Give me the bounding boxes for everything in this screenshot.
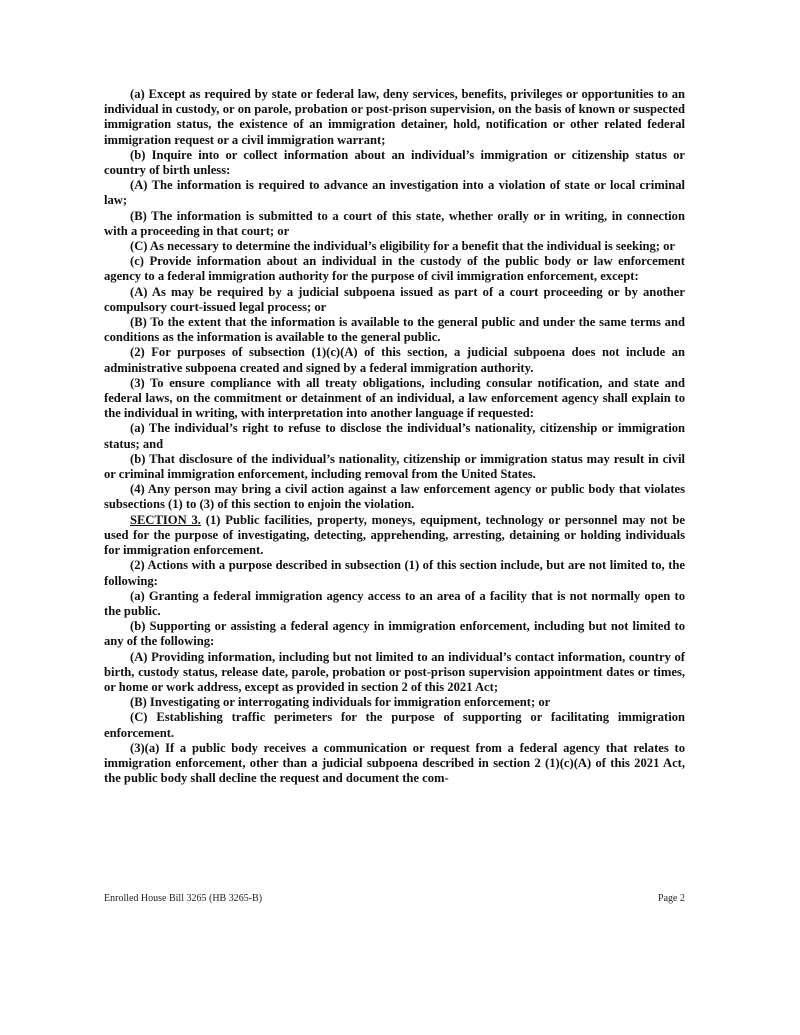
section-3-paragraph-2b: (b) Supporting or assisting a federal ag…	[104, 619, 685, 649]
paragraph-1a: (a) Except as required by state or feder…	[104, 87, 685, 148]
page-number: Page 2	[658, 893, 685, 904]
paragraph-1b-A: (A) The information is required to advan…	[104, 178, 685, 208]
paragraph-3b: (b) That disclosure of the individual’s …	[104, 452, 685, 482]
paragraph-4: (4) Any person may bring a civil action …	[104, 482, 685, 512]
section-3-paragraph-1: SECTION 3. (1) Public facilities, proper…	[104, 513, 685, 559]
paragraph-1c: (c) Provide information about an individ…	[104, 254, 685, 284]
paragraph-1b: (b) Inquire into or collect information …	[104, 148, 685, 178]
section-3-paragraph-2b-A: (A) Providing information, including but…	[104, 650, 685, 696]
bill-label: Enrolled House Bill 3265 (HB 3265-B)	[104, 893, 262, 904]
section-3-paragraph-2b-C: (C) Establishing traffic perimeters for …	[104, 710, 685, 740]
paragraph-1c-B: (B) To the extent that the information i…	[104, 315, 685, 345]
paragraph-2: (2) For purposes of subsection (1)(c)(A)…	[104, 345, 685, 375]
paragraph-1b-C: (C) As necessary to determine the indivi…	[104, 239, 685, 254]
paragraph-1c-A: (A) As may be required by a judicial sub…	[104, 285, 685, 315]
page-footer: Enrolled House Bill 3265 (HB 3265-B) Pag…	[104, 893, 685, 904]
section-3-paragraph-3a: (3)(a) If a public body receives a commu…	[104, 741, 685, 787]
section-3-paragraph-2a: (a) Granting a federal immigration agenc…	[104, 589, 685, 619]
section-3-heading: SECTION 3.	[130, 513, 201, 527]
section-3-paragraph-2: (2) Actions with a purpose described in …	[104, 558, 685, 588]
paragraph-3a: (a) The individual’s right to refuse to …	[104, 421, 685, 451]
paragraph-1b-B: (B) The information is submitted to a co…	[104, 209, 685, 239]
section-3-paragraph-2b-B: (B) Investigating or interrogating indiv…	[104, 695, 685, 710]
document-body: (a) Except as required by state or feder…	[104, 87, 685, 786]
paragraph-3: (3) To ensure compliance with all treaty…	[104, 376, 685, 422]
